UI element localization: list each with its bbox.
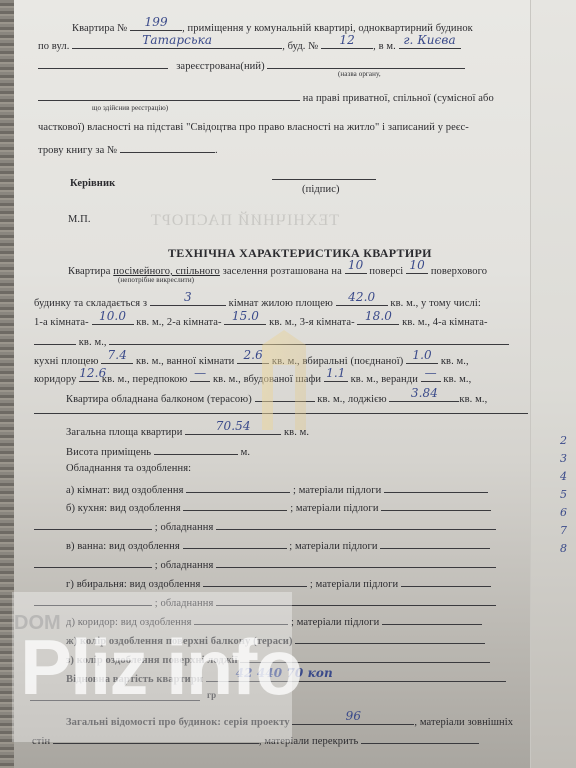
strike-hint: (непотрібне викреслити) — [118, 276, 194, 284]
watermark-text: Pliz info — [20, 622, 301, 713]
height-line: Висота приміщень м. — [66, 444, 250, 458]
closet-field[interactable]: 1.1 — [324, 371, 348, 382]
kitchen-line: кухні площею 7.4 кв. м., ванної кімнати … — [34, 353, 469, 367]
floor-field[interactable]: 10 — [345, 263, 367, 274]
apartment-number-field[interactable]: 199 — [130, 20, 182, 31]
bath-equipment: ; обладнання — [34, 557, 496, 571]
city-field[interactable]: г. Києва — [399, 38, 461, 49]
bleed-through-title: ТЕХНІЧНИЙ ПАСПОРТ — [150, 212, 339, 230]
living-area-field[interactable]: 42.0 — [336, 295, 388, 306]
kitchen-field[interactable]: 7.4 — [101, 353, 133, 364]
margin-note: 2 — [560, 434, 567, 447]
signature-hint: (підпис) — [302, 184, 340, 195]
kitchen-floor-field[interactable] — [381, 500, 491, 511]
veranda-field[interactable]: — — [421, 371, 441, 382]
finishing-toilet: г) вбиральня: вид оздоблення ; матеріали… — [66, 576, 491, 590]
kitchen-finish-field[interactable] — [183, 500, 287, 511]
hall-field[interactable]: — — [190, 371, 210, 382]
rooms-finish-field[interactable] — [186, 482, 290, 493]
margin-note: 8 — [560, 542, 567, 555]
toilet-floor-field[interactable] — [401, 576, 491, 587]
total-floors-field[interactable]: 10 — [406, 263, 428, 274]
section-title: ТЕХНІЧНА ХАРАКТЕРИСТИКА КВАРТИРИ — [168, 246, 432, 261]
series-field[interactable]: 96 — [292, 714, 414, 725]
finishing-rooms: а) кімнат: вид оздоблення ; матеріали пі… — [66, 482, 488, 496]
margin-note: 5 — [560, 488, 567, 501]
corridor-floor-field[interactable] — [382, 614, 482, 625]
ceilings-field[interactable] — [361, 733, 479, 744]
registration-hint: що здійснив реєстрацію) — [92, 104, 168, 112]
bath-floor-cont[interactable] — [34, 557, 152, 568]
head-label: Керівник — [70, 178, 115, 189]
margin-note: 7 — [560, 524, 567, 537]
finishing-kitchen: б) кухня: вид оздоблення ; матеріали під… — [66, 500, 491, 514]
rooms-breakdown-line: 1-а кімната- 10.0 кв. м., 2-а кімната- 1… — [34, 314, 488, 328]
bath-equipment-field[interactable] — [216, 557, 496, 568]
organ-hint: (назва органу, — [338, 70, 381, 78]
occupancy-line: Квартира посімейного, спільного заселенн… — [68, 263, 487, 277]
kitchen-equipment: ; обладнання — [34, 519, 496, 533]
rooms-floor-field[interactable] — [384, 482, 488, 493]
rooms-line: будинку та складається з 3 кімнат жилою … — [34, 295, 481, 309]
balcony-cont-line[interactable] — [34, 413, 528, 414]
room2-field[interactable]: 15.0 — [224, 314, 266, 325]
room3-field[interactable]: 18.0 — [357, 314, 399, 325]
book-line: трову книгу за № . — [38, 142, 218, 156]
rooms-count-field[interactable]: 3 — [150, 295, 226, 306]
corridor-field[interactable]: 12.6 — [79, 371, 99, 382]
stamp-label: М.П. — [68, 214, 91, 225]
corridor-line: коридору 12.6 кв. м., передпокою — кв. м… — [34, 371, 471, 385]
signature-line[interactable] — [272, 179, 376, 180]
bath-finish-field[interactable] — [183, 538, 287, 549]
room4-extra-field[interactable] — [109, 334, 509, 345]
organ-field[interactable] — [267, 58, 465, 69]
room1-field[interactable]: 10.0 — [92, 314, 134, 325]
margin-note: 3 — [560, 452, 567, 465]
building-number-field[interactable]: 12 — [321, 38, 373, 49]
right-line: на праві приватної, спільної (сумісної а… — [38, 90, 494, 104]
loggia-field[interactable]: 3.84 — [389, 391, 459, 402]
margin-note: 6 — [560, 506, 567, 519]
toilet-field[interactable]: 1.0 — [406, 353, 438, 364]
finishing-title: Обладнання та оздоблення: — [66, 463, 191, 474]
finishing-bath: в) ванна: вид оздоблення ; матеріали під… — [66, 538, 490, 552]
book-number-field[interactable] — [120, 142, 215, 153]
street-line: по вул. Татарська, буд. № 12, в м. г. Ки… — [38, 38, 461, 52]
margin-note: 4 — [560, 470, 567, 483]
registered-line: зареєстрована(ний) — [38, 58, 465, 72]
balcony-line: Квартира обладнана балконом (терасою) кв… — [66, 391, 487, 405]
balcony-color-field[interactable] — [295, 633, 485, 644]
bath-floor-field[interactable] — [380, 538, 490, 549]
height-field[interactable] — [154, 444, 238, 455]
kitchen-floor-cont[interactable] — [34, 519, 152, 530]
organ-cont-field[interactable] — [38, 90, 300, 101]
adjacent-page — [530, 0, 576, 768]
registration-date-field[interactable] — [38, 58, 168, 69]
street-field[interactable]: Татарська — [72, 38, 282, 49]
kitchen-equipment-field[interactable] — [216, 519, 496, 530]
apartment-number-line: Квартира № 199, приміщення у комунальній… — [72, 20, 473, 34]
toilet-finish-field[interactable] — [203, 576, 307, 587]
basis-line: часткової) власності на підставі "Свідоц… — [38, 122, 469, 133]
room4-field[interactable] — [34, 334, 76, 345]
